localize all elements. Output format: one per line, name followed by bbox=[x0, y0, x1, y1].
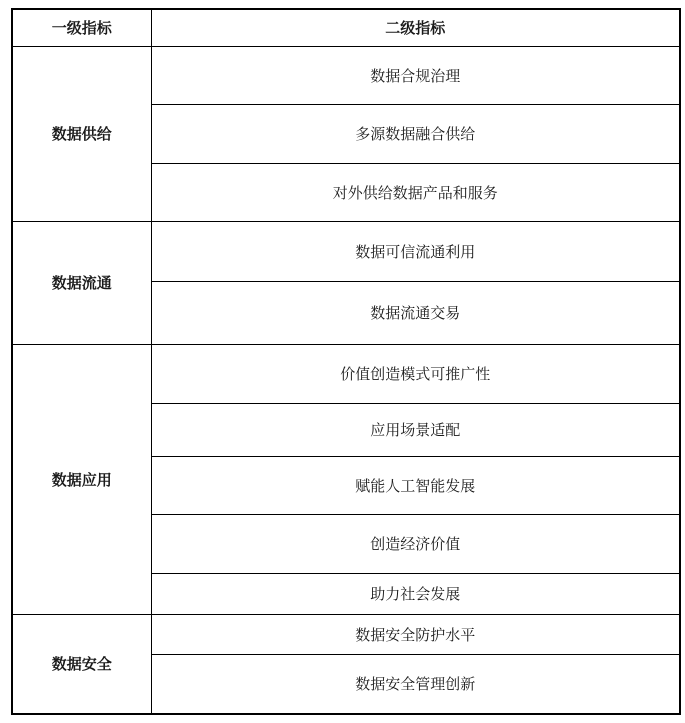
level2-cell: 多源数据融合供给 bbox=[151, 104, 680, 163]
level2-cell: 对外供给数据产品和服务 bbox=[151, 163, 680, 221]
table-row: 数据应用 价值创造模式可推广性 bbox=[12, 344, 680, 403]
level1-cell-data-security: 数据安全 bbox=[12, 614, 151, 714]
level2-cell: 创造经济价值 bbox=[151, 514, 680, 573]
table-row: 数据供给 数据合规治理 bbox=[12, 46, 680, 104]
level2-cell: 应用场景适配 bbox=[151, 403, 680, 456]
document-page: 一级指标 二级指标 数据供给 数据合规治理 多源数据融合供给 对外供给数据产品和… bbox=[0, 0, 685, 723]
level2-cell: 助力社会发展 bbox=[151, 573, 680, 614]
table-row: 数据流通 数据可信流通利用 bbox=[12, 221, 680, 281]
level1-cell-data-application: 数据应用 bbox=[12, 344, 151, 614]
indicator-table: 一级指标 二级指标 数据供给 数据合规治理 多源数据融合供给 对外供给数据产品和… bbox=[11, 8, 681, 715]
header-row: 一级指标 二级指标 bbox=[12, 9, 680, 46]
level2-cell: 数据安全管理创新 bbox=[151, 654, 680, 714]
table-row: 数据安全 数据安全防护水平 bbox=[12, 614, 680, 654]
level2-cell: 数据流通交易 bbox=[151, 281, 680, 344]
level2-cell: 数据可信流通利用 bbox=[151, 221, 680, 281]
level2-cell: 价值创造模式可推广性 bbox=[151, 344, 680, 403]
header-cell-level1: 一级指标 bbox=[12, 9, 151, 46]
level1-cell-data-supply: 数据供给 bbox=[12, 46, 151, 221]
level2-cell: 赋能人工智能发展 bbox=[151, 456, 680, 514]
level2-cell: 数据安全防护水平 bbox=[151, 614, 680, 654]
level1-cell-data-circulation: 数据流通 bbox=[12, 221, 151, 344]
header-cell-level2: 二级指标 bbox=[151, 9, 680, 46]
level2-cell: 数据合规治理 bbox=[151, 46, 680, 104]
